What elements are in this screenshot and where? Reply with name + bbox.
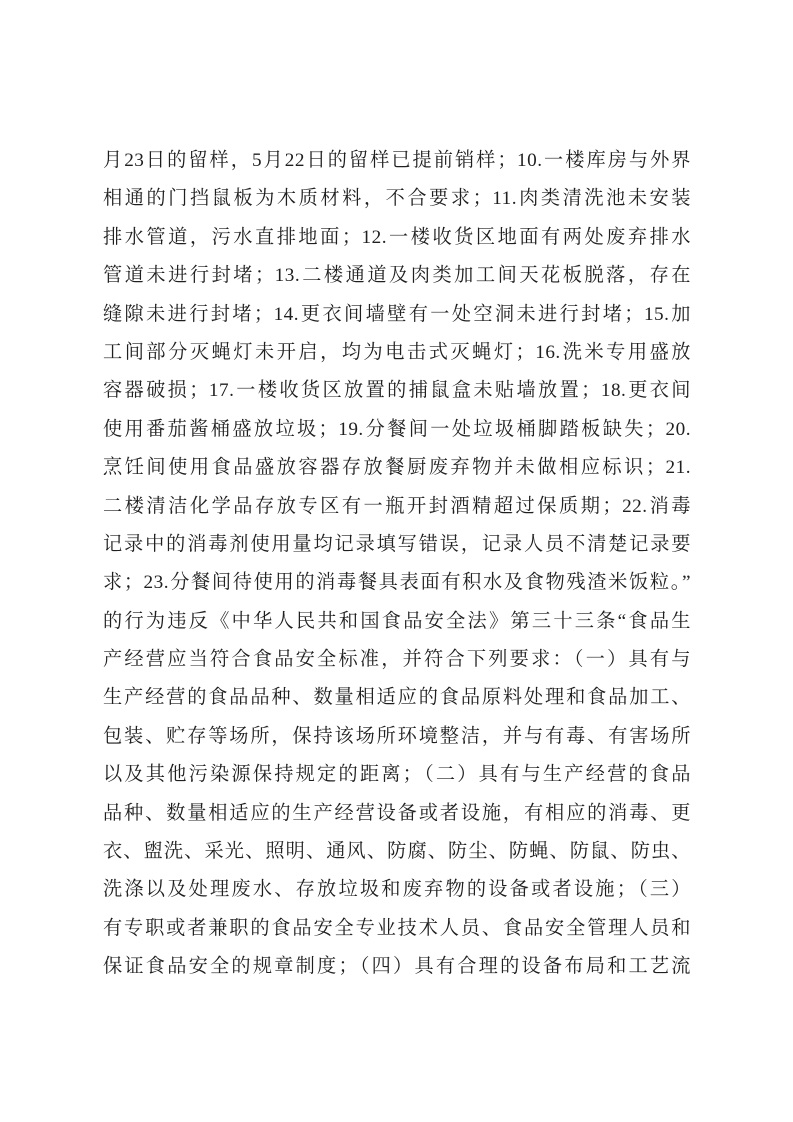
body-text-line: 产经营应当符合食品安全标准，并符合下列要求：（一）具有与: [103, 641, 691, 679]
body-text-line: 保证食品安全的规章制度；（四）具有合理的设备布局和工艺流: [103, 948, 691, 986]
body-text-line: 二楼清洁化学品存放专区有一瓶开封酒精超过保质期；22.消毒: [103, 488, 691, 526]
body-text-line: 管道未进行封堵；13.二楼通道及肉类加工间天花板脱落，存在: [103, 257, 691, 295]
body-text-line: 洗涤以及处理废水、存放垃圾和废弃物的设备或者设施；（三）: [103, 871, 691, 909]
body-text-line: 工间部分灭蝇灯未开启，均为电击式灭蝇灯；16.洗米专用盛放: [103, 334, 691, 372]
body-text-line: 求；23.分餐间待使用的消毒餐具表面有积水及食物残渣米饭粒。”: [103, 564, 691, 602]
document-page: 月23日的留样，5月22日的留样已提前销样；10.一楼库房与外界 相通的门挡鼠板…: [0, 0, 793, 1122]
body-text-line: 使用番茄酱桶盛放垃圾；19.分餐间一处垃圾桶脚踏板缺失；20.: [103, 411, 691, 449]
body-text-line: 的行为违反《中华人民共和国食品安全法》第三十三条“食品生: [103, 603, 691, 641]
body-text-line: 包装、贮存等场所，保持该场所环境整洁，并与有毒、有害场所: [103, 718, 691, 756]
body-text-line: 烹饪间使用食品盛放容器存放餐厨废弃物并未做相应标识；21.: [103, 449, 691, 487]
page-body-text: 月23日的留样，5月22日的留样已提前销样；10.一楼库房与外界 相通的门挡鼠板…: [103, 142, 691, 987]
body-text-line: 有专职或者兼职的食品安全专业技术人员、食品安全管理人员和: [103, 910, 691, 948]
body-text-line: 容器破损；17.一楼收货区放置的捕鼠盒未贴墙放置；18.更衣间: [103, 372, 691, 410]
body-text-line: 记录中的消毒剂使用量均记录填写错误，记录人员不清楚记录要: [103, 526, 691, 564]
body-text-line: 缝隙未进行封堵；14.更衣间墙壁有一处空洞未进行封堵；15.加: [103, 296, 691, 334]
body-text-line: 生产经营的食品品种、数量相适应的食品原料处理和食品加工、: [103, 679, 691, 717]
body-text-line: 排水管道，污水直排地面；12.一楼收货区地面有两处废弃排水: [103, 219, 691, 257]
body-text-line: 衣、盥洗、采光、照明、通风、防腐、防尘、防蝇、防鼠、防虫、: [103, 833, 691, 871]
body-text-line: 品种、数量相适应的生产经营设备或者设施，有相应的消毒、更: [103, 795, 691, 833]
body-text-line: 以及其他污染源保持规定的距离；（二）具有与生产经营的食品: [103, 756, 691, 794]
body-text-line: 月23日的留样，5月22日的留样已提前销样；10.一楼库房与外界: [103, 142, 691, 180]
body-text-line: 相通的门挡鼠板为木质材料，不合要求；11.肉类清洗池未安装: [103, 180, 691, 218]
